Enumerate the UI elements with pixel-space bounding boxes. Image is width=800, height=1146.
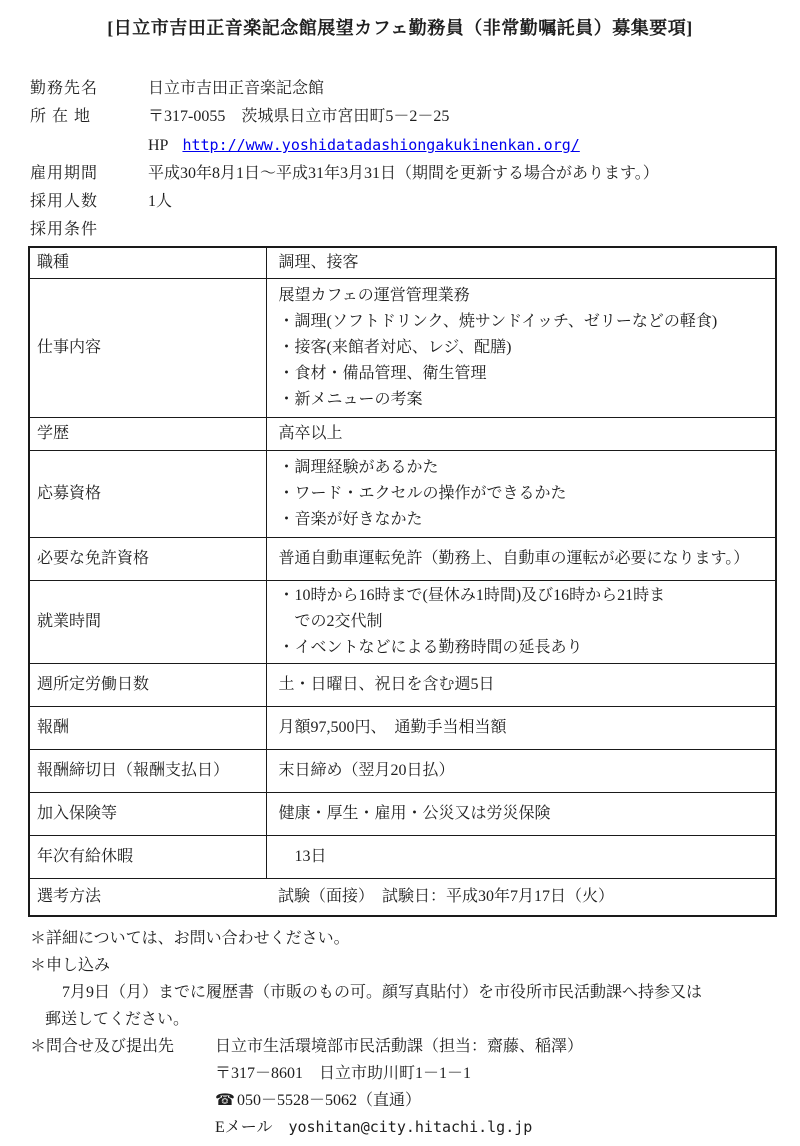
table-row: 学歴 高卒以上	[29, 418, 776, 451]
table-row: 加入保険等 健康・厚生・雇用・公災又は労災保険	[29, 793, 776, 836]
contact-phone-line: ☎050－5528－5062（直通）	[215, 1087, 800, 1114]
row-label-paid-leave: 年次有給休暇	[29, 836, 266, 879]
row-value-working-days: 土・日曜日、祝日を含む週5日	[266, 664, 776, 707]
headcount-label: 採用人数	[30, 188, 148, 216]
table-row: 必要な免許資格 普通自動車運転免許（勤務上、自動車の運転が必要になります。）	[29, 538, 776, 581]
address-value: 〒317-0055 茨城県日立市宮田町5－2－25	[148, 103, 800, 131]
row-label-qualifications: 応募資格	[29, 451, 266, 538]
row-value-job-description: 展望カフェの運営管理業務 ・調理(ソフトドリンク、焼サンドイッチ、ゼリーなどの軽…	[266, 279, 776, 418]
row-label-job-description: 仕事内容	[29, 279, 266, 418]
row-value-selection-method: 試験（面接） 試験日：平成30年7月17日（火）	[266, 879, 776, 917]
conditions-table: 職種 調理、接客 仕事内容 展望カフェの運営管理業務 ・調理(ソフトドリンク、焼…	[28, 246, 777, 917]
table-row: 選考方法 試験（面接） 試験日：平成30年7月17日（火）	[29, 879, 776, 917]
recruitment-notice-document: [日立市吉田正音楽記念館展望カフェ勤務員（非常勤嘱託員）募集要項] 勤務先名 日…	[0, 0, 800, 1146]
contact-email: yoshitan@city.hitachi.lg.jp	[288, 1118, 532, 1136]
workplace-row: 勤務先名 日立市吉田正音楽記念館	[30, 75, 800, 103]
conditions-heading: 採用条件	[30, 216, 148, 244]
row-label-salary: 報酬	[29, 707, 266, 750]
row-value-payday: 末日締め（翌月20日払）	[266, 750, 776, 793]
workplace-label: 勤務先名	[30, 75, 148, 103]
contact-label: ＊問合せ及び提出先	[30, 1033, 215, 1060]
contact-phone: 050－5528－5062（直通）	[237, 1092, 421, 1109]
row-label-selection-method: 選考方法	[29, 879, 266, 917]
table-row: 報酬 月額97,500円、 通勤手当相当額	[29, 707, 776, 750]
headcount-value: 1人	[148, 188, 800, 216]
address-row: 所 在 地 〒317-0055 茨城県日立市宮田町5－2－25	[30, 103, 800, 131]
note-details: ＊詳細については、お問い合わせください。	[30, 925, 800, 952]
homepage-label: HP	[148, 137, 168, 154]
homepage-row: HPhttp://www.yoshidatadashiongakukinenka…	[30, 131, 800, 160]
workplace-value: 日立市吉田正音楽記念館	[148, 75, 800, 103]
row-label-license: 必要な免許資格	[29, 538, 266, 581]
row-value-license: 普通自動車運転免許（勤務上、自動車の運転が必要になります。）	[266, 538, 776, 581]
note-apply-line1: 7月9日（月）までに履歴書（市販のもの可。顔写真貼付）を市役所市民活動課へ持参又…	[62, 979, 800, 1006]
table-row: 就業時間 ・10時から16時まで(昼休み1時間)及び16時から21時ま での2交…	[29, 581, 776, 664]
homepage-link[interactable]: http://www.yoshidatadashiongakukinenkan.…	[182, 136, 579, 154]
page-title: [日立市吉田正音楽記念館展望カフェ勤務員（非常勤嘱託員）募集要項]	[0, 0, 800, 41]
contact-row: ＊問合せ及び提出先 日立市生活環境部市民活動課（担当：齋藤、稲澤）	[30, 1033, 800, 1060]
row-value-paid-leave: 13日	[266, 836, 776, 879]
table-row: 年次有給休暇 13日	[29, 836, 776, 879]
row-label-job-type: 職種	[29, 247, 266, 279]
row-value-qualifications: ・調理経験があるかた ・ワード・エクセルの操作ができるかた ・音楽が好きなかた	[266, 451, 776, 538]
conditions-heading-row: 採用条件	[30, 216, 800, 244]
email-label: Eメール	[215, 1119, 272, 1136]
row-label-education: 学歴	[29, 418, 266, 451]
contact-office: 日立市生活環境部市民活動課（担当：齋藤、稲澤）	[215, 1033, 583, 1060]
homepage-spacer	[30, 131, 148, 160]
row-label-insurance: 加入保険等	[29, 793, 266, 836]
header-info-list: 勤務先名 日立市吉田正音楽記念館 所 在 地 〒317-0055 茨城県日立市宮…	[30, 75, 800, 244]
footer-notes: ＊詳細については、お問い合わせください。 ＊申し込み 7月9日（月）までに履歴書…	[30, 925, 800, 1141]
row-label-working-hours: 就業時間	[29, 581, 266, 664]
contact-address: 〒317－8601 日立市助川町1－1－1	[215, 1060, 800, 1087]
row-label-payday: 報酬締切日（報酬支払日）	[29, 750, 266, 793]
phone-icon: ☎	[215, 1092, 235, 1109]
row-value-insurance: 健康・厚生・雇用・公災又は労災保険	[266, 793, 776, 836]
contact-block: 〒317－8601 日立市助川町1－1－1 ☎050－5528－5062（直通）…	[215, 1060, 800, 1141]
headcount-row: 採用人数 1人	[30, 188, 800, 216]
table-row: 仕事内容 展望カフェの運営管理業務 ・調理(ソフトドリンク、焼サンドイッチ、ゼリ…	[29, 279, 776, 418]
address-label: 所 在 地	[30, 103, 148, 131]
note-apply-heading: ＊申し込み	[30, 952, 800, 979]
employment-period-label: 雇用期間	[30, 160, 148, 188]
table-row: 報酬締切日（報酬支払日） 末日締め（翌月20日払）	[29, 750, 776, 793]
row-value-job-type: 調理、接客	[266, 247, 776, 279]
table-row: 職種 調理、接客	[29, 247, 776, 279]
row-value-salary: 月額97,500円、 通勤手当相当額	[266, 707, 776, 750]
table-row: 応募資格 ・調理経験があるかた ・ワード・エクセルの操作ができるかた ・音楽が好…	[29, 451, 776, 538]
row-value-education: 高卒以上	[266, 418, 776, 451]
note-apply-line2: 郵送してください。	[45, 1006, 800, 1033]
table-row: 週所定労働日数 土・日曜日、祝日を含む週5日	[29, 664, 776, 707]
homepage-value: HPhttp://www.yoshidatadashiongakukinenka…	[148, 131, 800, 160]
employment-period-value: 平成30年8月1日～平成31年3月31日（期間を更新する場合があります。）	[148, 160, 800, 188]
row-label-working-days: 週所定労働日数	[29, 664, 266, 707]
row-value-working-hours: ・10時から16時まで(昼休み1時間)及び16時から21時ま での2交代制 ・イ…	[266, 581, 776, 664]
employment-period-row: 雇用期間 平成30年8月1日～平成31年3月31日（期間を更新する場合があります…	[30, 160, 800, 188]
contact-email-line: Eメールyoshitan@city.hitachi.lg.jp	[215, 1114, 800, 1141]
